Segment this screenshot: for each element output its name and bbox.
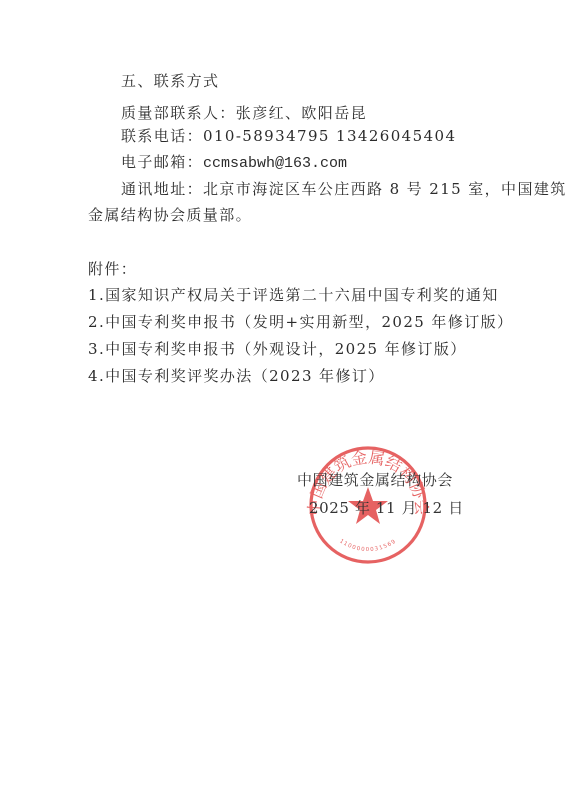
- address-line-2: 金属结构协会质量部。: [88, 206, 252, 224]
- attachment-item: 4.中国专利奖评奖办法（2023 年修订）: [88, 367, 385, 385]
- attachment-item: 1.国家知识产权局关于评选第二十六届中国专利奖的通知: [88, 286, 499, 304]
- attachment-item: 3.中国专利奖申报书（外观设计，2025 年修订版）: [88, 340, 467, 358]
- attachment-item: 2.中国专利奖申报书（发明+实用新型，2025 年修订版）: [88, 313, 513, 331]
- contact-phone: 联系电话：010-58934795 13426045404: [121, 127, 456, 145]
- section-heading: 五、联系方式: [121, 72, 219, 90]
- address-line-1: 通讯地址：北京市海淀区车公庄西路 8 号 215 室，中国建筑: [121, 180, 565, 198]
- email-label: 电子邮箱：: [121, 153, 203, 171]
- signature-organization: 中国建筑金属结构协会: [297, 471, 453, 489]
- email-value: ccmsabwh@163.com: [203, 155, 347, 172]
- signature-date: 2025 年 11 月 12 日: [309, 499, 464, 517]
- seal-serial: 1100000031569: [338, 538, 397, 553]
- contact-email: 电子邮箱：ccmsabwh@163.com: [121, 153, 347, 173]
- attachments-label: 附件：: [88, 260, 137, 278]
- contact-persons: 质量部联系人：张彦红、欧阳岳昆: [121, 104, 367, 122]
